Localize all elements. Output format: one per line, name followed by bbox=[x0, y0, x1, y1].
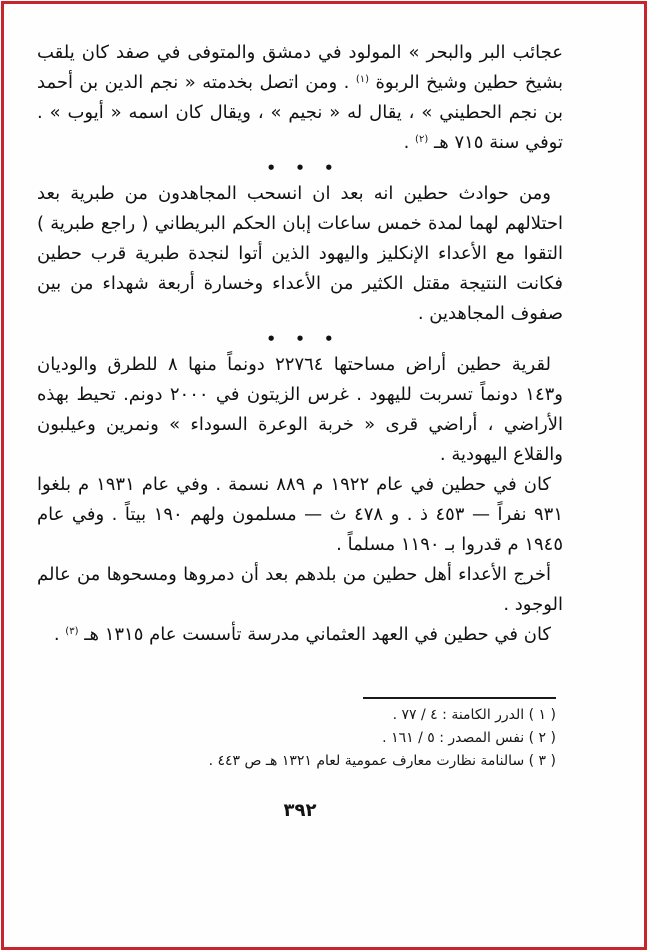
paragraph-ottoman-school: كان في حطين في العهد العثماني مدرسة تأسس… bbox=[37, 620, 563, 650]
footnote-marker-1: (١) bbox=[356, 74, 369, 85]
paragraph-biography: عجائب البر والبحر » المولود في دمشق والم… bbox=[37, 38, 563, 158]
body-text-block: عجائب البر والبحر » المولود في دمشق والم… bbox=[37, 38, 563, 650]
paragraph-text: كان في حطين في العهد العثماني مدرسة تأسس… bbox=[78, 624, 551, 645]
section-separator-dots: • • • bbox=[37, 332, 563, 347]
paragraph-text: . bbox=[404, 132, 415, 153]
footnote-marker-2: (٢) bbox=[415, 134, 428, 145]
page-number: ٣٩٢ bbox=[37, 800, 563, 821]
footnote-item: ( ٣ ) سالنامة نظارت معارف عمومية لعام ١٣… bbox=[37, 750, 556, 773]
section-separator-dots: • • • bbox=[37, 161, 563, 176]
footnote-marker-3: (٣) bbox=[65, 626, 78, 637]
paragraph-text: . bbox=[54, 624, 65, 645]
paragraph-village-lands: لقرية حطين أراض مساحتها ٢٢٧٦٤ دونماً منه… bbox=[37, 350, 563, 470]
footnote-item: ( ٢ ) نفس المصدر : ٥ / ١٦١ . bbox=[37, 727, 556, 750]
scanned-book-page: عجائب البر والبحر » المولود في دمشق والم… bbox=[0, 0, 649, 952]
paragraph-battle-events: ومن حوادث حطين انه بعد ان انسحب المجاهدو… bbox=[37, 179, 563, 329]
footnotes-section: ( ١ ) الدرر الكامنة : ٤ / ٧٧ . ( ٢ ) نفس… bbox=[37, 697, 556, 773]
footnote-item: ( ١ ) الدرر الكامنة : ٤ / ٧٧ . bbox=[37, 704, 556, 727]
footnote-divider-line bbox=[363, 697, 556, 699]
paragraph-expulsion: أخرج الأعداء أهل حطين من بلدهم بعد أن دم… bbox=[37, 560, 563, 620]
paragraph-population-figures: كان في حطين في عام ١٩٢٢ م ٨٨٩ نسمة . وفي… bbox=[37, 470, 563, 560]
